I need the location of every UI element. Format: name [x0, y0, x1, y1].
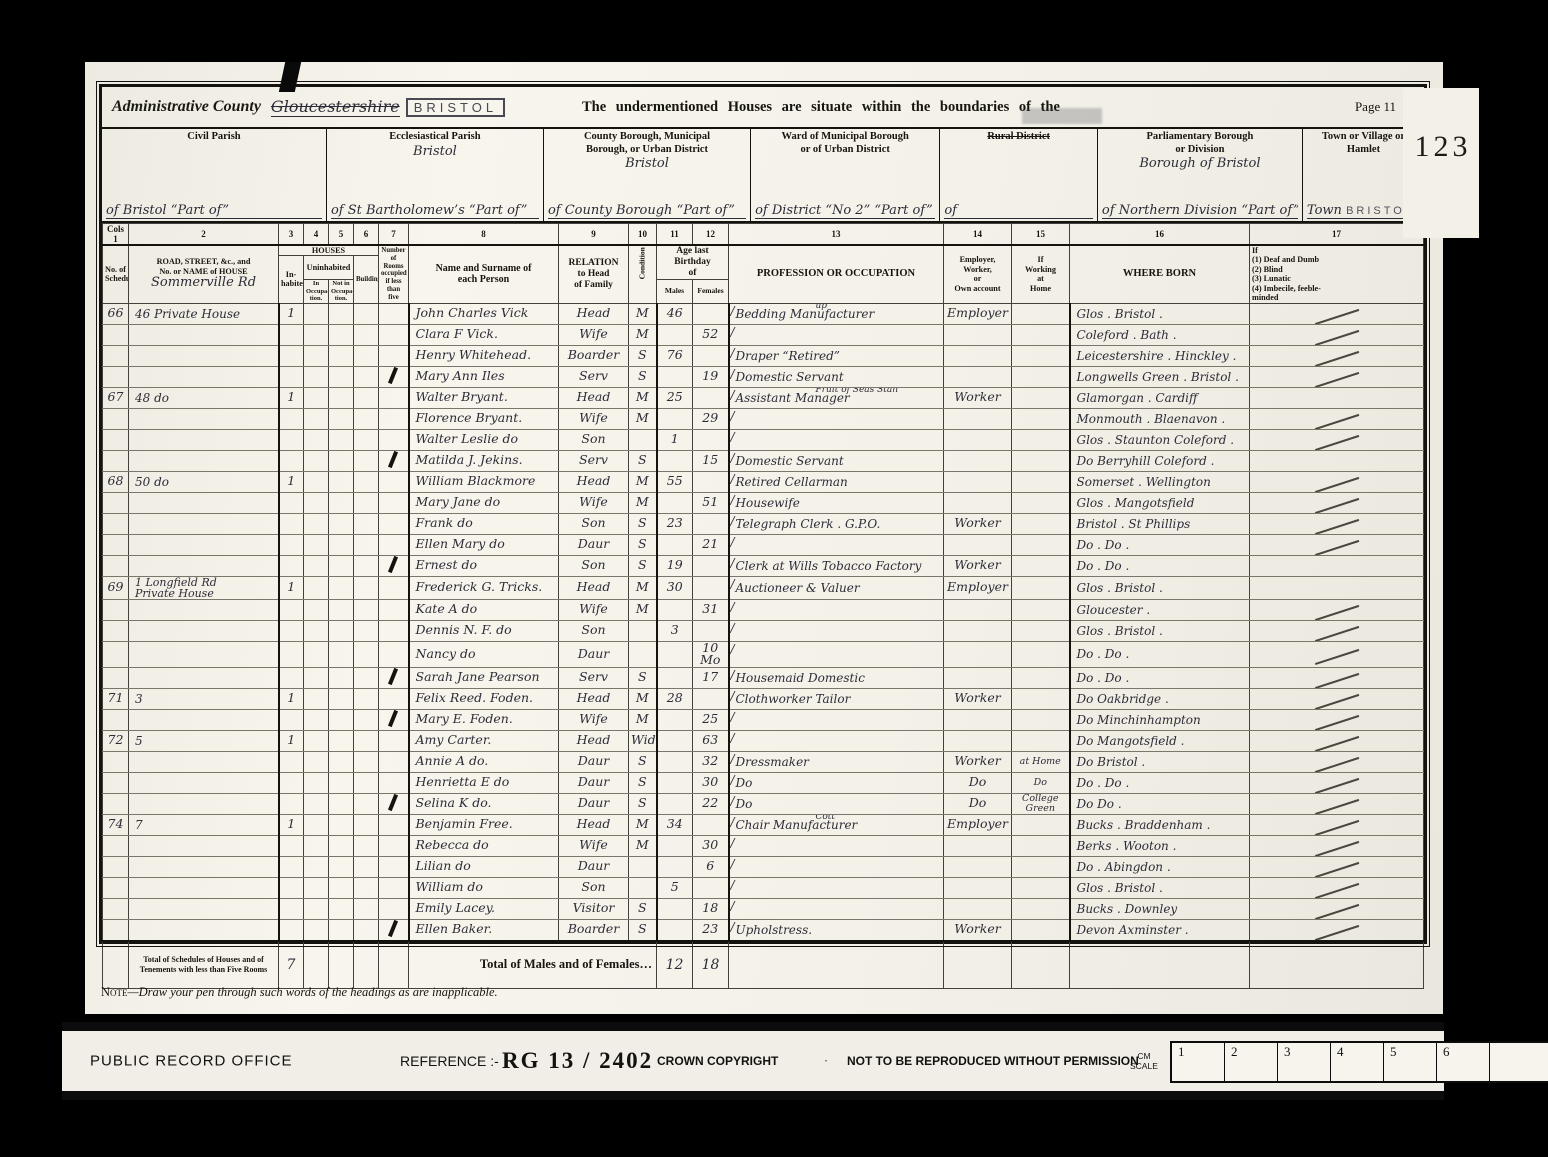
separator-dot: ·	[824, 1054, 828, 1069]
employer-worker-status	[944, 856, 1012, 877]
schedule-number: 66	[103, 303, 129, 324]
marriage-condition: S	[629, 667, 657, 688]
pen-slash-mark	[1314, 715, 1358, 730]
houses-inhabited	[279, 555, 304, 576]
houses-inhabited	[279, 835, 304, 856]
houses-uninhabited-in-occupation	[304, 345, 329, 366]
age-female: 63	[693, 730, 729, 751]
person-name: Benjamin Free.	[409, 814, 559, 835]
schedule-number	[103, 429, 129, 450]
houses-uninhabited-not-in-occupation	[329, 387, 354, 408]
census-rows: 6646 Private House1John Charles VickHead…	[103, 303, 1424, 941]
rooms-occupied	[379, 772, 409, 793]
occupation: Telegraph Clerk . G.P.O.	[729, 513, 944, 534]
rooms-occupied	[379, 450, 409, 471]
pen-slash-mark	[1314, 841, 1358, 856]
working-at-home	[1012, 513, 1070, 534]
relation-to-head: Head	[559, 576, 629, 599]
schedule-number	[103, 534, 129, 555]
field-civil-parish: Civil Parish of Bristol “Part of”	[102, 129, 327, 221]
pen-slash-mark	[1314, 540, 1358, 555]
houses-building	[354, 877, 379, 898]
totals-left-label: Total of Schedules of Houses and of Tene…	[129, 941, 279, 989]
address	[129, 751, 279, 772]
census-row: 6850 do1William BlackmoreHeadM55Retired …	[103, 471, 1424, 492]
schedule-number	[103, 835, 129, 856]
houses-uninhabited-not-in-occupation	[329, 534, 354, 555]
where-born: Do Minchinhampton	[1070, 709, 1250, 730]
column-numbers-row: Cols 12 34 56 78 910 1112 1314 1516 17	[103, 224, 1424, 246]
field-ecclesiastical-parish: Ecclesiastical Parish Bristol of St Bart…	[327, 129, 544, 221]
houses-uninhabited-not-in-occupation	[329, 835, 354, 856]
age-female: 17	[693, 667, 729, 688]
at-home-header: If Working at Home	[1012, 245, 1070, 303]
address	[129, 667, 279, 688]
houses-building	[354, 345, 379, 366]
marriage-condition: M	[629, 471, 657, 492]
schedule-number	[103, 492, 129, 513]
rooms-occupied	[379, 856, 409, 877]
houses-inhabited	[279, 324, 304, 345]
occupation: Draper “Retired”	[729, 345, 944, 366]
employer-worker-status	[944, 471, 1012, 492]
person-name: William do	[409, 877, 559, 898]
address	[129, 450, 279, 471]
working-at-home	[1012, 450, 1070, 471]
houses-inhabited: 1	[279, 730, 304, 751]
address	[129, 366, 279, 387]
pen-slash-mark	[1314, 736, 1358, 751]
working-at-home	[1012, 835, 1070, 856]
census-row: Sarah Jane PearsonServS17Housemaid Domes…	[103, 667, 1424, 688]
relation-to-head: Son	[559, 429, 629, 450]
working-at-home: Do	[1012, 772, 1070, 793]
houses-building	[354, 492, 379, 513]
houses-uninhabited-in-occupation	[304, 620, 329, 641]
occupation: Do	[729, 772, 944, 793]
houses-uninhabited-in-occupation	[304, 730, 329, 751]
infirmity	[1250, 366, 1424, 387]
age-female: 19	[693, 366, 729, 387]
reference-label: REFERENCE :-	[400, 1053, 499, 1069]
scanned-census-document: { "header": { "admin_county_label": "Adm…	[0, 0, 1548, 1157]
rural-district-label: Rural District	[944, 131, 1093, 144]
age-male: 25	[657, 387, 693, 408]
relation-to-head: Son	[559, 620, 629, 641]
age-female: 21	[693, 534, 729, 555]
working-at-home	[1012, 919, 1070, 941]
employer-worker-status	[944, 620, 1012, 641]
rooms-occupied	[379, 366, 409, 387]
houses-uninhabited-in-occupation	[304, 599, 329, 620]
occupation	[729, 324, 944, 345]
rooms-occupied	[379, 471, 409, 492]
infirmity	[1250, 387, 1424, 408]
pen-slash-mark	[1314, 820, 1358, 835]
occupation	[729, 429, 944, 450]
infirmity	[1250, 856, 1424, 877]
rooms-occupied	[379, 641, 409, 667]
field-rural-district: Rural District of	[940, 129, 1098, 221]
ecclesiastical-parish-value: of St Bartholomew’s “Part of”	[331, 203, 539, 219]
where-born: Leicestershire . Hinckley .	[1070, 345, 1250, 366]
totals-row: Total of Schedules of Houses and of Tene…	[103, 941, 1424, 989]
marriage-condition: M	[629, 408, 657, 429]
employer-worker-status: Employer	[944, 303, 1012, 324]
relation-to-head: Head	[559, 688, 629, 709]
employer-worker-status: Worker	[944, 387, 1012, 408]
houses-uninhabited-in-occupation	[304, 709, 329, 730]
person-name: Walter Leslie do	[409, 429, 559, 450]
age-male	[657, 408, 693, 429]
pen-slash-mark	[1314, 435, 1358, 450]
person-name: Lilian do	[409, 856, 559, 877]
pro-reference-bar: PUBLIC RECORD OFFICE REFERENCE :- RG 13 …	[62, 1028, 1444, 1094]
census-row: William doSon5Glos . Bristol .	[103, 877, 1424, 898]
houses-inhabited	[279, 898, 304, 919]
schedule-number: 67	[103, 387, 129, 408]
houses-uninhabited-not-in-occupation	[329, 303, 354, 324]
building-header: Building	[354, 256, 379, 303]
employer-worker-status: Employer	[944, 814, 1012, 835]
marriage-condition: S	[629, 793, 657, 814]
where-born: Do . Do .	[1070, 534, 1250, 555]
age-female: 32	[693, 751, 729, 772]
infirmity	[1250, 408, 1424, 429]
where-born: Do Berryhill Coleford .	[1070, 450, 1250, 471]
houses-building	[354, 599, 379, 620]
census-row: Henrietta E doDaurS30DoDoDoDo . Do .	[103, 772, 1424, 793]
rooms-occupied	[379, 688, 409, 709]
houses-building	[354, 898, 379, 919]
houses-uninhabited-in-occupation	[304, 856, 329, 877]
address: 3	[129, 688, 279, 709]
occupation	[729, 709, 944, 730]
relation-to-head: Head	[559, 814, 629, 835]
houses-uninhabited-not-in-occupation	[329, 919, 354, 941]
census-row: Matilda J. Jekins.ServS15Domestic Servan…	[103, 450, 1424, 471]
houses-inhabited	[279, 345, 304, 366]
occupation	[729, 730, 944, 751]
schedule-number	[103, 793, 129, 814]
pen-slash-mark	[1314, 904, 1358, 919]
occupation: Clerk at Wills Tobacco Factory	[729, 555, 944, 576]
where-born: Glos . Bristol .	[1070, 620, 1250, 641]
employer-worker-status	[944, 450, 1012, 471]
houses-uninhabited-in-occupation	[304, 835, 329, 856]
where-born: Glos . Mangotsfield	[1070, 492, 1250, 513]
houses-inhabited	[279, 856, 304, 877]
address	[129, 555, 279, 576]
marriage-condition: S	[629, 898, 657, 919]
houses-building	[354, 751, 379, 772]
where-born: Do Do .	[1070, 793, 1250, 814]
scale-cell: 5	[1384, 1043, 1437, 1081]
houses-building	[354, 688, 379, 709]
age-male: 1	[657, 429, 693, 450]
ecclesiastical-parish-value-top: Bristol	[331, 144, 539, 159]
where-born: Glos . Staunton Coleford .	[1070, 429, 1250, 450]
houses-uninhabited-not-in-occupation	[329, 366, 354, 387]
infirmity	[1250, 641, 1424, 667]
employer-worker-status: Worker	[944, 919, 1012, 941]
infirmity	[1250, 898, 1424, 919]
houses-building	[354, 429, 379, 450]
houses-uninhabited-not-in-occupation	[329, 772, 354, 793]
marriage-condition: S	[629, 751, 657, 772]
age-female	[693, 814, 729, 835]
houses-uninhabited-not-in-occupation	[329, 408, 354, 429]
address	[129, 492, 279, 513]
rural-district-value: of	[944, 203, 1093, 219]
person-name: Ellen Baker.	[409, 919, 559, 941]
schedule-number	[103, 856, 129, 877]
working-at-home	[1012, 471, 1070, 492]
houses-uninhabited-not-in-occupation	[329, 429, 354, 450]
occupation	[729, 856, 944, 877]
houses-inhabited: 1	[279, 688, 304, 709]
age-female	[693, 387, 729, 408]
rooms-occupied	[379, 599, 409, 620]
where-born: Do . Abingdon .	[1070, 856, 1250, 877]
pen-slash-mark	[1314, 519, 1358, 534]
folio-number-stamp: 123	[1408, 130, 1478, 164]
age-female: 51	[693, 492, 729, 513]
admin-county-label: Administrative County	[112, 98, 261, 116]
age-female: 25	[693, 709, 729, 730]
page-number: Page 11	[1355, 99, 1396, 115]
infirmity	[1250, 513, 1424, 534]
infirmity	[1250, 534, 1424, 555]
working-at-home	[1012, 492, 1070, 513]
person-name: Felix Reed. Foden.	[409, 688, 559, 709]
houses-uninhabited-not-in-occupation	[329, 324, 354, 345]
employer-worker-status	[944, 898, 1012, 919]
rooms-occupied	[379, 324, 409, 345]
schedule-number	[103, 599, 129, 620]
houses-building	[354, 793, 379, 814]
address	[129, 898, 279, 919]
census-row: Ellen Mary doDaurS21Do . Do .	[103, 534, 1424, 555]
pen-slash-mark	[1314, 673, 1358, 688]
pen-slash-mark	[1314, 862, 1358, 877]
age-male	[657, 835, 693, 856]
cm-scale-label: CM SCALE	[1130, 1051, 1158, 1071]
houses-uninhabited-not-in-occupation	[329, 877, 354, 898]
age-male	[657, 730, 693, 751]
occupation	[729, 877, 944, 898]
rooms-occupied	[379, 919, 409, 941]
admin-county-line: Administrative County Gloucestershire BR…	[102, 87, 1424, 129]
scale-cell: 2	[1225, 1043, 1278, 1081]
where-born: Do Oakbridge .	[1070, 688, 1250, 709]
houses-uninhabited-in-occupation	[304, 387, 329, 408]
age-female	[693, 877, 729, 898]
age-male	[657, 534, 693, 555]
age-male: 46	[657, 303, 693, 324]
rooms-occupied	[379, 877, 409, 898]
age-male	[657, 751, 693, 772]
person-name: Ernest do	[409, 555, 559, 576]
age-male: 3	[657, 620, 693, 641]
person-name: Walter Bryant.	[409, 387, 559, 408]
person-name: Mary Jane do	[409, 492, 559, 513]
pen-slash-mark	[1314, 649, 1358, 665]
houses-uninhabited-not-in-occupation	[329, 555, 354, 576]
houses-uninhabited-not-in-occupation	[329, 667, 354, 688]
working-at-home	[1012, 324, 1070, 345]
working-at-home: at Home	[1012, 751, 1070, 772]
census-row: 7131Felix Reed. Foden.HeadM28Clothworker…	[103, 688, 1424, 709]
houses-inhabited: 1	[279, 576, 304, 599]
rooms-occupied	[379, 793, 409, 814]
bristol-stamp: BRISTOL	[406, 98, 505, 117]
infirmity	[1250, 345, 1424, 366]
scale-cell-empty	[1490, 1043, 1548, 1081]
occupation: Housemaid Domestic	[729, 667, 944, 688]
person-name: Sarah Jane Pearson	[409, 667, 559, 688]
working-at-home	[1012, 387, 1070, 408]
age-male: 23	[657, 513, 693, 534]
age-female: 6	[693, 856, 729, 877]
houses-inhabited	[279, 877, 304, 898]
infirmity	[1250, 688, 1424, 709]
age-female: 23	[693, 919, 729, 941]
age-male	[657, 450, 693, 471]
scan-smudge	[1022, 108, 1102, 124]
household-end-mark	[388, 367, 398, 384]
pen-slash-mark	[1314, 778, 1358, 793]
working-at-home: College Green	[1012, 793, 1070, 814]
houses-building	[354, 667, 379, 688]
address	[129, 534, 279, 555]
where-born: Monmouth . Blaenavon .	[1070, 408, 1250, 429]
houses-uninhabited-in-occupation	[304, 641, 329, 667]
houses-building	[354, 555, 379, 576]
marriage-condition	[629, 877, 657, 898]
employer-worker-status	[944, 667, 1012, 688]
houses-uninhabited-in-occupation	[304, 513, 329, 534]
ecclesiastical-parish-label: Ecclesiastical Parish	[331, 131, 539, 144]
in-occupation-header: In Occupa- tion.	[304, 280, 329, 303]
working-at-home	[1012, 429, 1070, 450]
employer-worker-status	[944, 534, 1012, 555]
relation-header: RELATION to Head of Family	[559, 245, 629, 303]
table-totals: Total of Schedules of Houses and of Tene…	[103, 941, 1424, 989]
age-female	[693, 576, 729, 599]
rooms-occupied	[379, 555, 409, 576]
pen-slash-mark	[1314, 351, 1358, 366]
person-name: Henrietta E do	[409, 772, 559, 793]
infirmity	[1250, 772, 1424, 793]
reference-number: RG 13 / 2402	[502, 1048, 653, 1074]
rooms-occupied	[379, 576, 409, 599]
relation-to-head: Wife	[559, 709, 629, 730]
pen-slash-mark	[1314, 605, 1358, 620]
footnote: Note—Draw your pen through such words of…	[101, 985, 498, 1000]
age-female	[693, 471, 729, 492]
census-row: Henry Whitehead.BoarderS76Draper “Retire…	[103, 345, 1424, 366]
marriage-condition: S	[629, 366, 657, 387]
field-ward: Ward of Municipal Borough or of Urban Di…	[751, 129, 940, 221]
where-born: Do Mangotsfield .	[1070, 730, 1250, 751]
marriage-condition: S	[629, 534, 657, 555]
infirmity	[1250, 471, 1424, 492]
rooms-occupied	[379, 345, 409, 366]
houses-building	[354, 641, 379, 667]
houses-uninhabited-not-in-occupation	[329, 793, 354, 814]
age-male	[657, 709, 693, 730]
relation-to-head: Daur	[559, 772, 629, 793]
scale-cell: 1	[1172, 1043, 1225, 1081]
rooms-occupied	[379, 730, 409, 751]
occupation: Domestic Servant	[729, 366, 944, 387]
houses-uninhabited-in-occupation	[304, 667, 329, 688]
age-female	[693, 513, 729, 534]
houses-inhabited	[279, 641, 304, 667]
pen-slash-mark	[1314, 694, 1358, 709]
age-male	[657, 667, 693, 688]
schedule-number: 74	[103, 814, 129, 835]
houses-inhabited	[279, 534, 304, 555]
age-female: 29	[693, 408, 729, 429]
marriage-condition: M	[629, 709, 657, 730]
address	[129, 641, 279, 667]
census-row: Lilian doDaur6Do . Abingdon .	[103, 856, 1424, 877]
age-male	[657, 641, 693, 667]
occupation-header: PROFESSION OR OCCUPATION	[729, 245, 944, 303]
schedule-number	[103, 641, 129, 667]
relation-to-head: Daur	[559, 793, 629, 814]
houses-uninhabited-in-occupation	[304, 408, 329, 429]
occupation	[729, 641, 944, 667]
rooms-occupied	[379, 303, 409, 324]
census-row: Emily Lacey.VisitorS18Bucks . Downley	[103, 898, 1424, 919]
marriage-condition: S	[629, 513, 657, 534]
houses-building	[354, 730, 379, 751]
houses-inhabited	[279, 919, 304, 941]
employer-worker-status	[944, 366, 1012, 387]
totals-right-label: Total of Males and of Females…	[409, 941, 657, 989]
occupation	[729, 898, 944, 919]
occupation: Upholstress.	[729, 919, 944, 941]
reproduction-notice: NOT TO BE REPRODUCED WITHOUT PERMISSION	[847, 1054, 1139, 1068]
address	[129, 620, 279, 641]
household-end-mark	[388, 451, 398, 468]
relation-to-head: Wife	[559, 835, 629, 856]
rooms-occupied	[379, 709, 409, 730]
relation-to-head: Son	[559, 513, 629, 534]
name-header: Name and Surname of each Person	[409, 245, 559, 303]
houses-uninhabited-in-occupation	[304, 814, 329, 835]
houses-uninhabited-not-in-occupation	[329, 576, 354, 599]
houses-building	[354, 534, 379, 555]
address: 50 do	[129, 471, 279, 492]
pen-slash-mark	[1314, 925, 1358, 941]
infirmity	[1250, 877, 1424, 898]
person-name: Mary E. Foden.	[409, 709, 559, 730]
age-female	[693, 345, 729, 366]
employer-worker-status: Do	[944, 772, 1012, 793]
infirmity	[1250, 730, 1424, 751]
houses-inhabited	[279, 366, 304, 387]
houses-uninhabited-in-occupation	[304, 429, 329, 450]
marriage-condition	[629, 856, 657, 877]
working-at-home	[1012, 408, 1070, 429]
employer-worker-status: Worker	[944, 751, 1012, 772]
employer-header: Employer, Worker, or Own account	[944, 245, 1012, 303]
houses-uninhabited-in-occupation	[304, 534, 329, 555]
